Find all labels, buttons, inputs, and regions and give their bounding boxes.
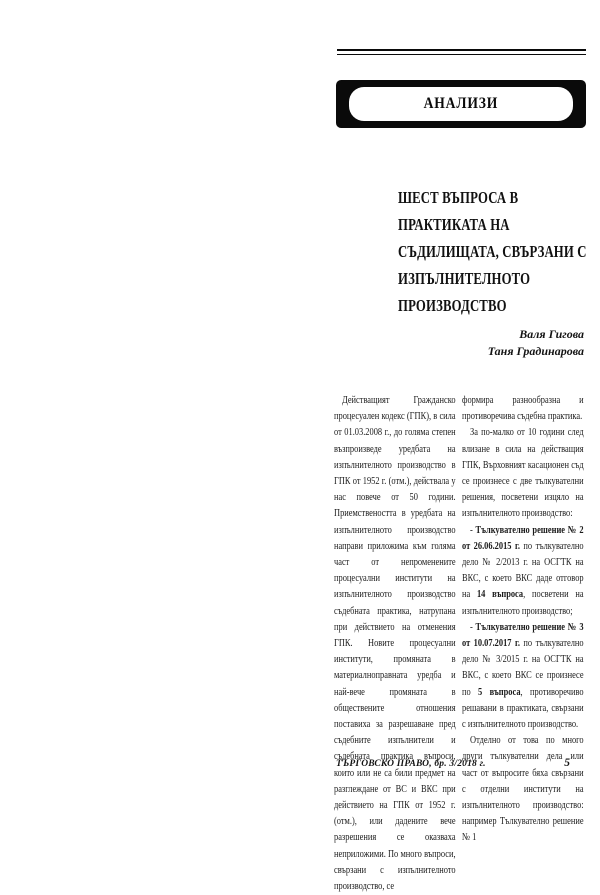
journal-title: ТЪРГОВСКО ПРАВО, бр. 3/2018 г. [336,759,486,769]
paragraph: - Тълкувателно решение № 3 от 10.07.2017… [462,620,584,733]
text-column-left: Действащият Гражданско процесуален кодек… [334,393,456,800]
paragraph: За по-малко от 10 години след влизане в … [462,425,584,522]
text-column-right: формира разнообразна и противоречива съд… [462,393,584,800]
journal-page: АНАЛИЗИ ШЕСТ ВЪПРОСА В ПРАКТИКАТА НА СЪД… [334,0,586,800]
page-number: 5 [564,757,586,769]
paragraph: формира разнообразна и противоречива съд… [462,393,584,425]
section-banner: АНАЛИЗИ [336,80,586,128]
section-banner-inner: АНАЛИЗИ [349,87,573,121]
author-block: Валя Гигова Таня Градинарова [488,326,584,360]
author-name: Таня Градинарова [488,343,584,360]
double-rule-divider [337,49,586,55]
section-banner-label: АНАЛИЗИ [424,95,499,113]
article-title: ШЕСТ ВЪПРОСА В ПРАКТИКАТА НА СЪДИЛИЩАТА,… [398,184,593,319]
author-name: Валя Гигова [488,326,584,343]
paragraph: - Тълкувателно решение № 2 от 26.06.2015… [462,523,584,620]
page-footer: ТЪРГОВСКО ПРАВО, бр. 3/2018 г. 5 [336,757,586,769]
paragraph: Действащият Гражданско процесуален кодек… [334,393,456,800]
